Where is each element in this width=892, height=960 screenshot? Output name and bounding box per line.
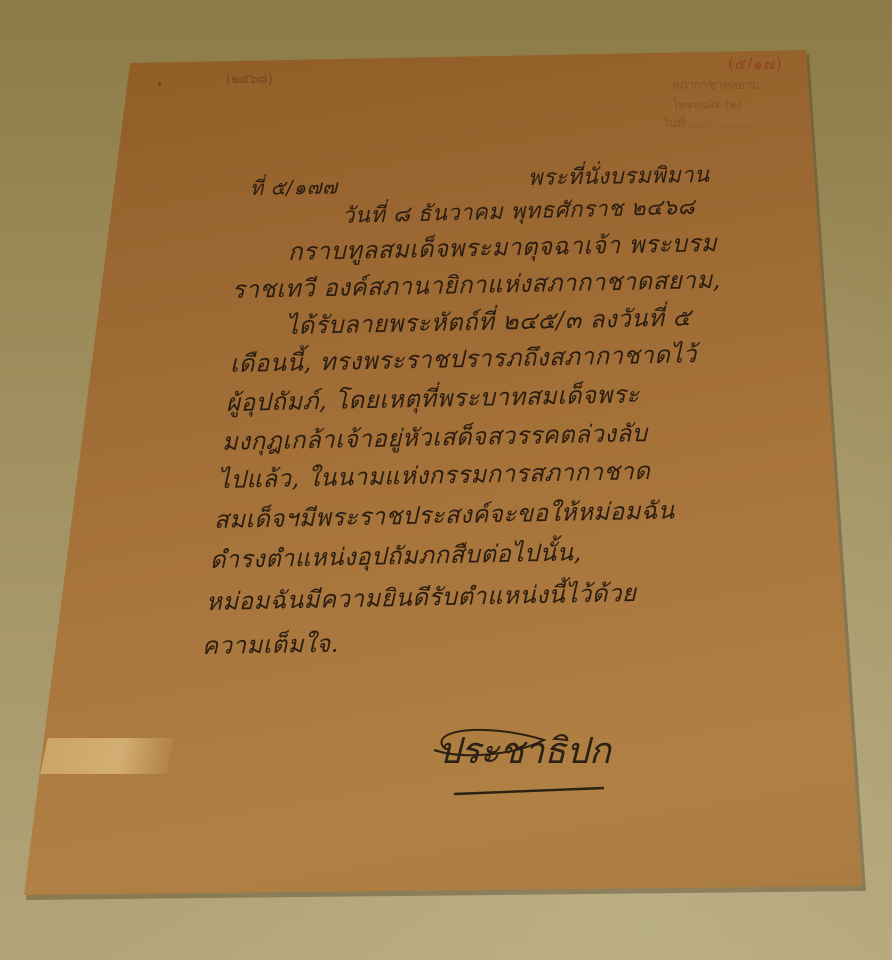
stamp-line-2: ไ๒๑๙๘๔ (๒) [672, 95, 742, 114]
corner-mark: (๒๔๖๘) [226, 68, 273, 89]
punch-hole-dot: • [156, 78, 164, 93]
body-line: ดำรงตำแหน่งอุปถัมภกสืบต่อไปนั้น, [210, 532, 582, 579]
signature: ประชาธิปก [424, 700, 624, 800]
stamp-number: (๕/๑๗) [728, 52, 783, 76]
body-line: ความเต็มใจ. [202, 624, 340, 665]
stamp-line-3: วันที่ ................ [662, 114, 750, 133]
light-glare [40, 738, 174, 774]
stamp-line-1: สภากาชาดสยาม [672, 76, 760, 95]
reference-number: ที่ ๕/๑๗๗ [250, 170, 338, 204]
signature-name: ประชาธิปก [438, 722, 611, 779]
